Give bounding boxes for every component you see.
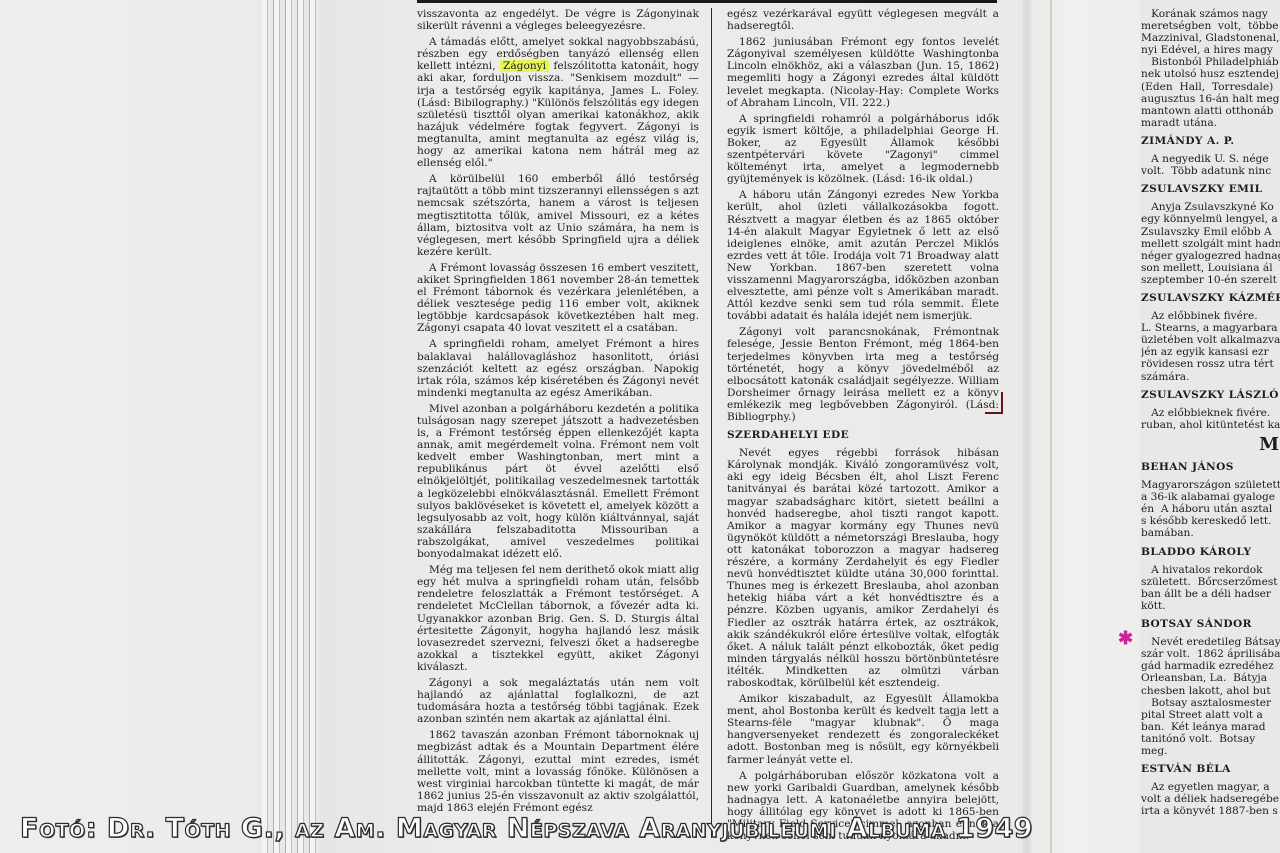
entry-heading: ZSULAVSZKY EMIL (1141, 183, 1280, 195)
paragraph: Zágonyi a sok megaláztatás után nem volt… (417, 677, 699, 725)
paragraph: visszavonta az engedélyt. De végre is Zá… (417, 8, 699, 32)
paragraph: A springfieldi roham, amelyet Frémont a … (417, 338, 699, 398)
text-line: Az előbbinek fivére. (1141, 310, 1280, 322)
paragraph: A háboru után Zángonyi ezredes New Yorkb… (727, 189, 999, 322)
text-column-2: egész vezérkarával együtt véglegesen meg… (727, 8, 999, 846)
alphabet-section-letter: M (1141, 439, 1280, 451)
text-line: Zsulavszky Emil előbb A (1141, 226, 1280, 238)
text-line: mantown alatti otthonáb (1141, 105, 1280, 117)
highlighted-word: Zágonyi (500, 60, 549, 72)
text-line: Az előbbieknek fivére. (1141, 407, 1280, 419)
text-line: szár volt. 1862 áprilisába (1141, 648, 1280, 660)
text-line: Magyarországon született. (1141, 479, 1280, 491)
text-line: pital Street alatt volt a (1141, 709, 1280, 721)
text-line: ban állt be a déli hadser (1141, 588, 1280, 600)
text-line: nek utolsó husz esztendej (1141, 68, 1280, 80)
paragraph: A springfieldi rohamról a polgárháborus … (727, 113, 999, 186)
text-line: Anyja Zsulavszkyné Ko (1141, 201, 1280, 213)
text-line: Az egyetlen magyar, a (1141, 781, 1280, 793)
text-line: A hivatalos rekordok (1141, 564, 1280, 576)
handwritten-star-icon: ✱ (1118, 628, 1133, 649)
paragraph: Mivel azonban a polgárháboru kezdetén a … (417, 403, 699, 560)
text-line: Orleansban, La. Bátyja (1141, 672, 1280, 684)
paragraph: A Frémont lovasság összesen 16 embert ve… (417, 262, 699, 335)
text-line: számára. (1141, 371, 1280, 383)
text-line: s később kereskedő lett. (1141, 515, 1280, 527)
text-line: Botsay asztalosmester (1141, 697, 1280, 709)
background-left (0, 0, 265, 853)
text-line: rövidesen rossz utra tért (1141, 358, 1280, 370)
text-line: Bistonból Philadelphiáb (1141, 56, 1280, 68)
paragraph: Amikor kiszabadult, az Egyesült Államokb… (727, 693, 999, 766)
text-line: Korának számos nagy (1141, 8, 1280, 20)
entry-heading: ZSULAVSZKY KÁZMÉR (1141, 292, 1280, 304)
text-line: chesben lakott, ahol but (1141, 685, 1280, 697)
text-line: szeptember 10-én szerelt (1141, 274, 1280, 286)
text-line: nyi Edével, a hires magy (1141, 44, 1280, 56)
text-column-3: Korának számos nagymeretségben volt, töb… (1141, 8, 1280, 817)
book-page-edges (262, 0, 322, 853)
paragraph-text: felszólitotta katonáit, hogy aki akar, f… (417, 60, 699, 169)
entry-heading: BEHAN JÁNOS (1141, 461, 1280, 473)
text-line: A negyedik U. S. négе (1141, 153, 1280, 165)
text-column-1: visszavonta az engedélyt. De végre is Zá… (417, 8, 699, 818)
text-line: augusztus 16-án halt meg (1141, 93, 1280, 105)
paragraph: 1862 juniusában Frémont egy fontos level… (727, 36, 999, 109)
paragraph: A támadás előtt, amelyet sokkal nagyobbs… (417, 36, 699, 169)
text-line: meretségben volt, többe (1141, 20, 1280, 32)
text-line: (Eden Hall, Torresdale) (1141, 81, 1280, 93)
text-line: bamában. (1141, 527, 1280, 539)
paragraph: Nevét egyes régebbi források hibásan Kár… (727, 447, 999, 689)
paragraph: egész vezérkarával együtt véglegesen meg… (727, 8, 999, 32)
paragraph: Még ma teljesen fel nem derithető okok m… (417, 564, 699, 673)
text-line: volt. Több adatunk ninc (1141, 165, 1280, 177)
entry-heading: ZSULAVSZKY LÁSZLÓ (1141, 389, 1280, 401)
text-line: Mazzinival, Gladstonenal, (1141, 32, 1280, 44)
text-line: jén az egyik kansasi ezr (1141, 346, 1280, 358)
text-line: son mellett, Louisiana ál (1141, 262, 1280, 274)
binding-line (1050, 0, 1052, 853)
entry-heading: BOTSAY SÁNDOR (1141, 618, 1280, 630)
column-divider (711, 8, 712, 838)
text-line: én A háboru után asztal (1141, 503, 1280, 515)
text-line: maradt utána. (1141, 117, 1280, 129)
text-line: mellett szolgált mint hadn (1141, 238, 1280, 250)
text-line: gád harmadik ezredéhez (1141, 660, 1280, 672)
text-line: tanitónő volt. Botsay (1141, 733, 1280, 745)
text-line: kött. (1141, 600, 1280, 612)
section-heading: SZERDAHELYI EDE (727, 429, 999, 441)
entry-heading: BLADDO KÁROLY (1141, 546, 1280, 558)
text-line: volt a déliek hadseregébe (1141, 793, 1280, 805)
entry-heading: ZIMÁNDY A. P. (1141, 135, 1280, 147)
text-line: ruban, ahol kitüntetést ka (1141, 419, 1280, 431)
text-line: született. Bőrcserzőmest (1141, 576, 1280, 588)
top-rule (417, 0, 997, 3)
paragraph: A körülbelül 160 emberből álló testőrség… (417, 173, 699, 258)
photo-credit-watermark: Fotó: Dr. Tóth G., az Am. Magyar Népszav… (20, 813, 1280, 844)
text-line: néger gyalogezred hadnag (1141, 250, 1280, 262)
text-line: ban. Két leánya marad (1141, 721, 1280, 733)
book-gutter (1022, 0, 1142, 853)
text-line: meg. (1141, 745, 1280, 757)
paragraph: 1862 tavaszán azonban Frémont tábornokna… (417, 729, 699, 814)
text-line: üzletében volt alkalmazva (1141, 334, 1280, 346)
text-line: Nevét eredetileg Bátsay (1141, 636, 1280, 648)
text-line: egy könnyelmü lengyel, a (1141, 213, 1280, 225)
paragraph: Zágonyi volt parancsnokának, Frémontnak … (727, 326, 999, 423)
handwritten-bracket-mark (985, 392, 1003, 414)
text-line: L. Stearns, a magyarbara (1141, 322, 1280, 334)
text-line: a 36-ik alabamai gyaloge (1141, 491, 1280, 503)
entry-heading: ESTVÁN BÉLA (1141, 763, 1280, 775)
